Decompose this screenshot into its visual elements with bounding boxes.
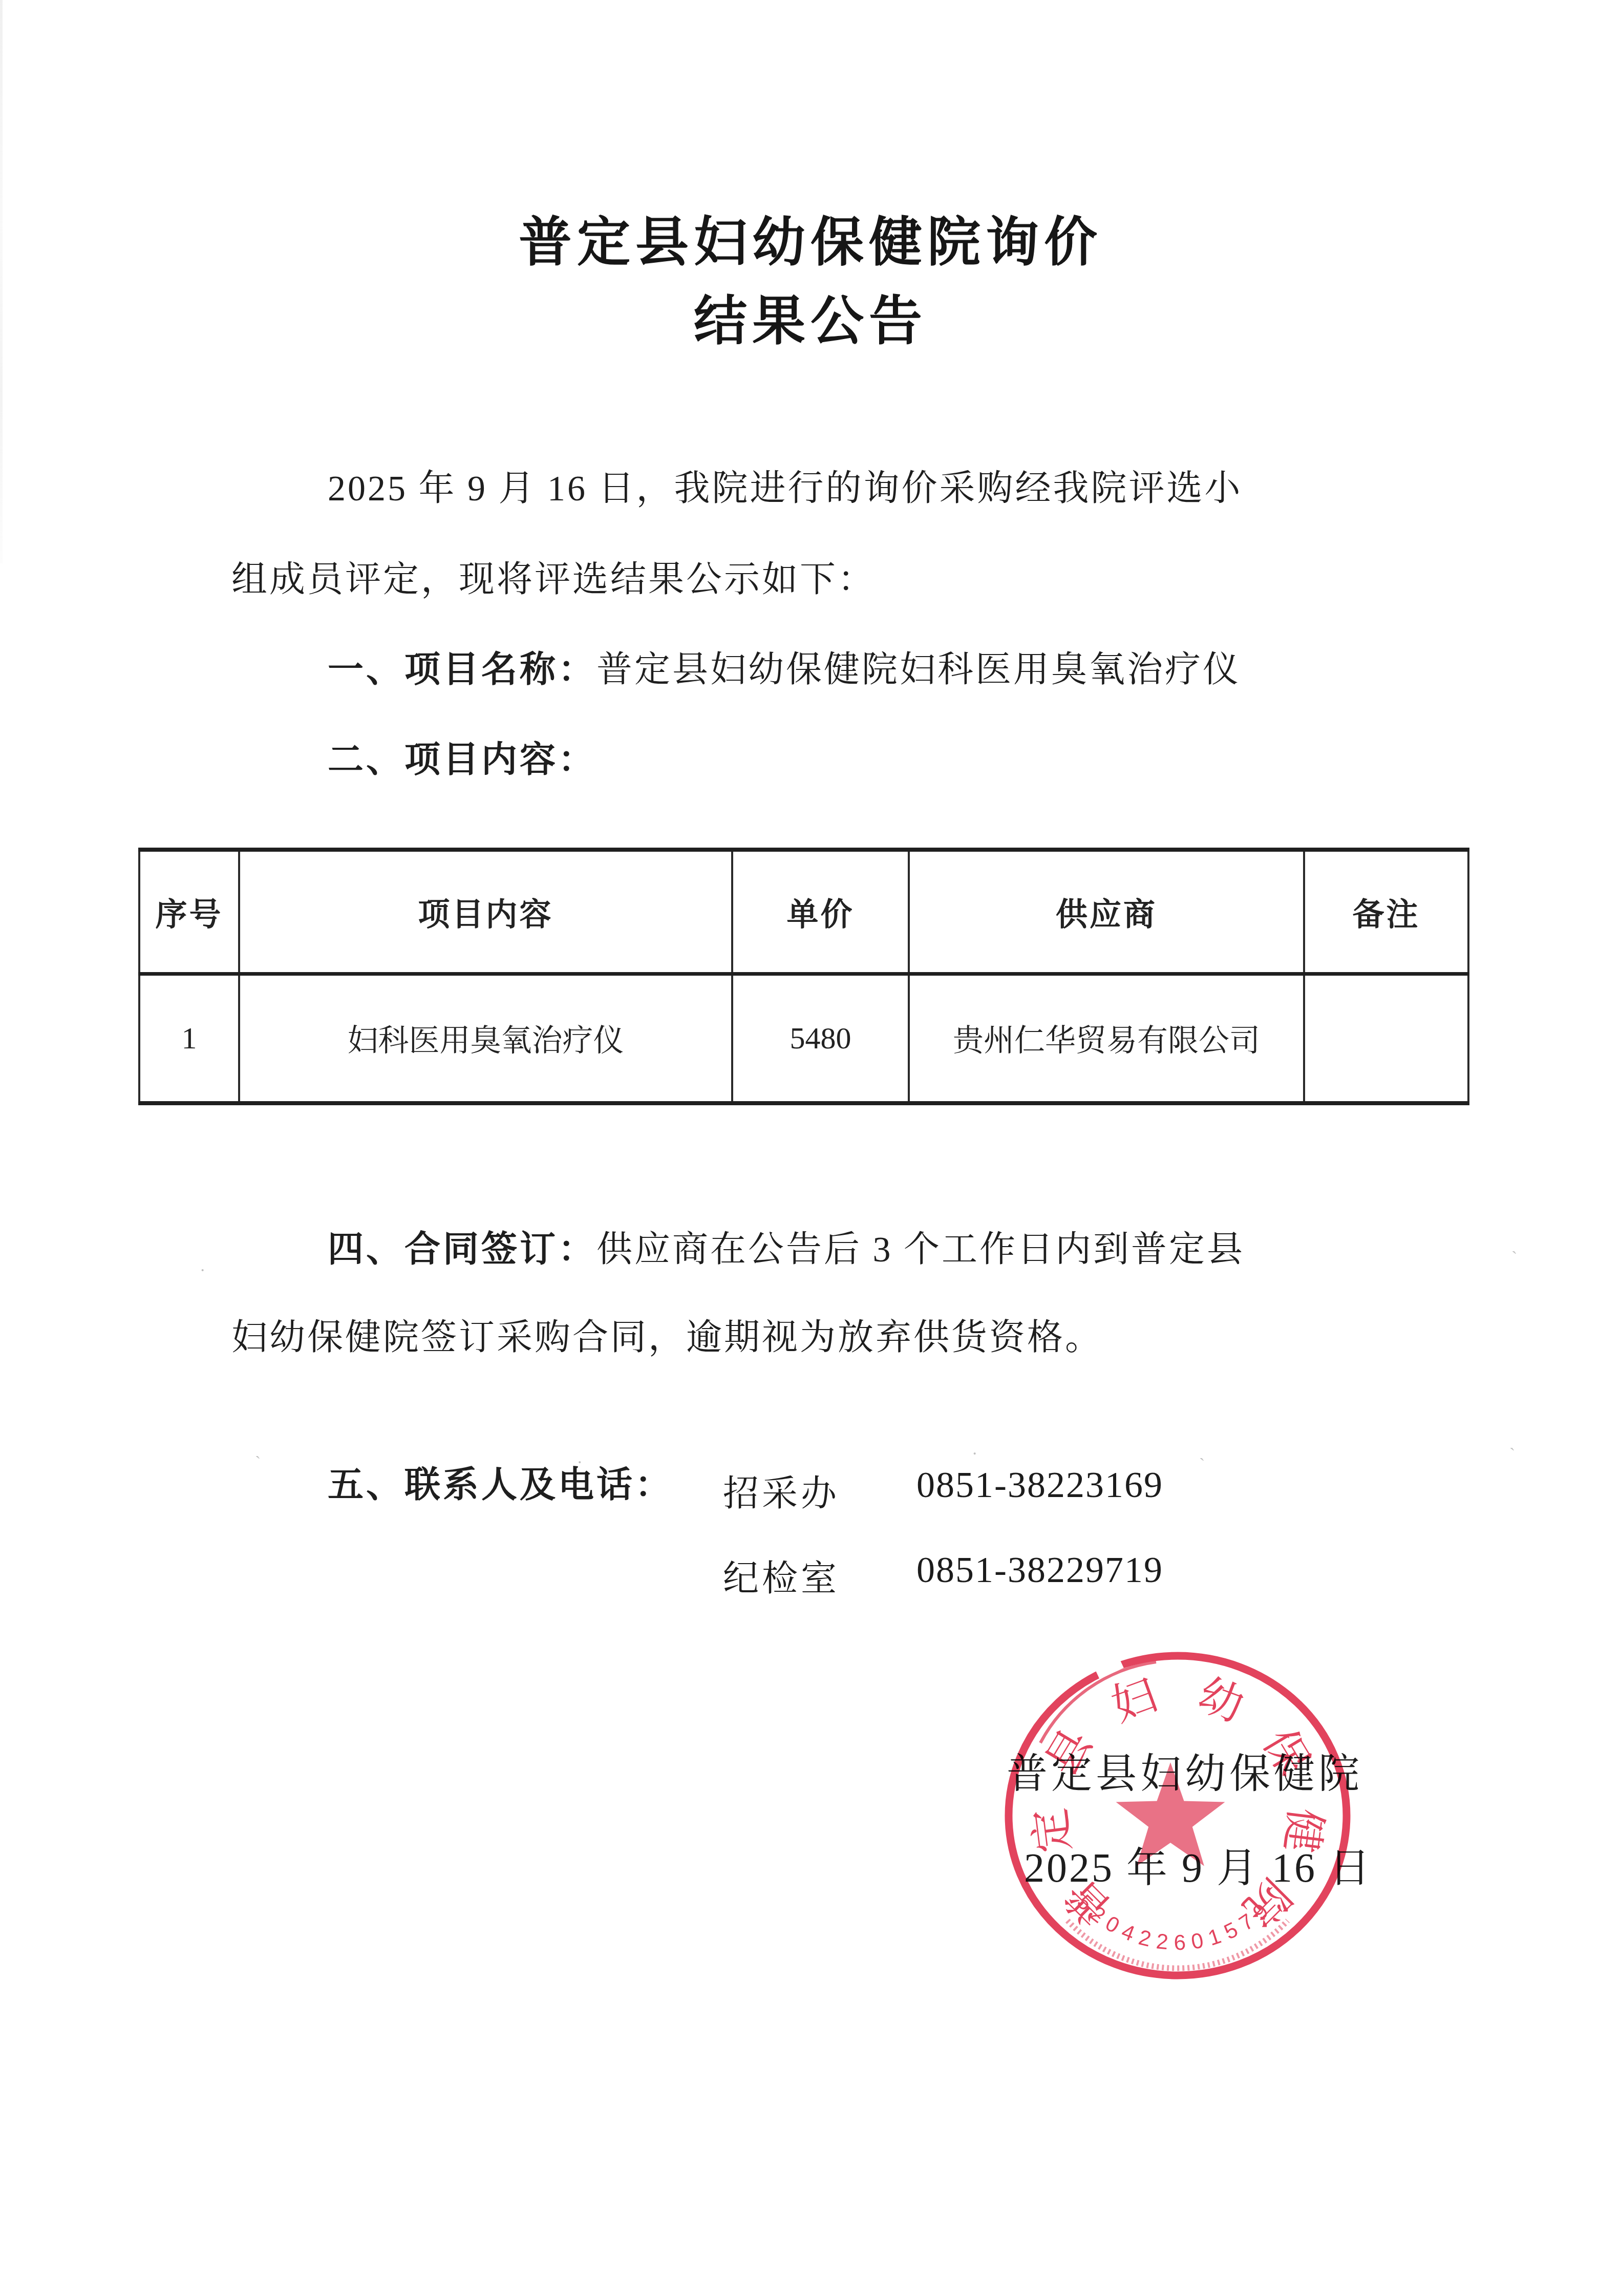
signature-date: 2025 年 9 月 16 日 xyxy=(1024,1835,1372,1893)
contact-1-name: 招采办 xyxy=(723,1465,840,1516)
scan-speck: ` xyxy=(1511,1249,1517,1268)
scan-speck: · xyxy=(200,1261,205,1280)
section-contract-line-1: 四、合同签订：供应商在公告后 3 个工作日内到普定县 xyxy=(328,1228,1245,1272)
section-contact-label-line: 五、联系人及电话： xyxy=(328,1464,673,1508)
section-project-name-text: 普定县妇幼保健院妇科医用臭氧治疗仪 xyxy=(596,650,1241,690)
section-contact-label: 五、联系人及电话： xyxy=(328,1466,673,1505)
document-page: 普定县妇幼保健院询价 结果公告 2025 年 9 月 16 日，我院进行的询价采… xyxy=(0,0,1621,2296)
section-project-content-label: 二、项目内容： xyxy=(328,741,596,780)
intro-line-1: 2025 年 9 月 16 日，我院进行的询价采购经我院评选小 xyxy=(328,467,1243,511)
contact-2-phone: 0851-38229719 xyxy=(916,1549,1163,1591)
scan-speck: ˏ xyxy=(1199,1442,1205,1462)
result-table: 序号 项目内容 单价 供应商 备注 1 妇科医用臭氧治疗仪 5480 贵州仁华贸… xyxy=(138,848,1469,1105)
cell-item: 妇科医用臭氧治疗仪 xyxy=(239,974,732,1103)
scan-speck: · xyxy=(972,1444,977,1464)
header-cell-item: 项目内容 xyxy=(239,850,732,974)
signature-org-name: 普定县妇幼保健院 xyxy=(1007,1740,1363,1799)
scan-speck: ˏ xyxy=(255,1440,261,1460)
section-contract-text-1: 供应商在公告后 3 个工作日内到普定县 xyxy=(596,1230,1245,1270)
intro-line-2: 组成员评定，现将评选结果公示如下： xyxy=(231,558,876,602)
result-table-wrapper: 序号 项目内容 单价 供应商 备注 1 妇科医用臭氧治疗仪 5480 贵州仁华贸… xyxy=(138,848,1467,1105)
cell-price: 5480 xyxy=(732,974,909,1103)
header-cell-supplier: 供应商 xyxy=(909,850,1304,974)
table-header-row: 序号 项目内容 单价 供应商 备注 xyxy=(139,850,1468,974)
header-cell-note: 备注 xyxy=(1304,850,1468,974)
scan-speck: ˋ xyxy=(1509,1445,1515,1465)
contact-2-name: 纪检室 xyxy=(723,1550,840,1602)
section-project-content: 二、项目内容： xyxy=(328,739,596,783)
header-cell-serial: 序号 xyxy=(139,850,239,974)
contact-1-phone: 0851-38223169 xyxy=(916,1464,1163,1506)
document-title: 普定县妇幼保健院询价 结果公告 xyxy=(0,204,1621,362)
title-line-1: 普定县妇幼保健院询价 xyxy=(0,204,1621,283)
scan-speck: . xyxy=(578,1448,582,1468)
cell-serial: 1 xyxy=(139,974,239,1103)
section-contract-label: 四、合同签订： xyxy=(328,1230,596,1270)
table-row: 1 妇科医用臭氧治疗仪 5480 贵州仁华贸易有限公司 xyxy=(139,974,1468,1103)
seal-arc-char: 幼 xyxy=(1192,1670,1250,1731)
title-line-2: 结果公告 xyxy=(0,283,1621,362)
section-project-name: 一、项目名称：普定县妇幼保健院妇科医用臭氧治疗仪 xyxy=(328,648,1241,692)
section-project-name-label: 一、项目名称： xyxy=(328,650,596,690)
seal-arc-char: 妇 xyxy=(1105,1670,1164,1731)
cell-note xyxy=(1304,974,1468,1103)
header-cell-price: 单价 xyxy=(732,850,909,974)
section-contract-line-2: 妇幼保健院签订采购合同，逾期视为放弃供货资格。 xyxy=(231,1316,1103,1360)
official-seal-stamp: 普 定 县 妇 幼 保 健 院 5204226015792 xyxy=(998,1641,1357,2000)
cell-supplier: 贵州仁华贸易有限公司 xyxy=(909,974,1304,1103)
